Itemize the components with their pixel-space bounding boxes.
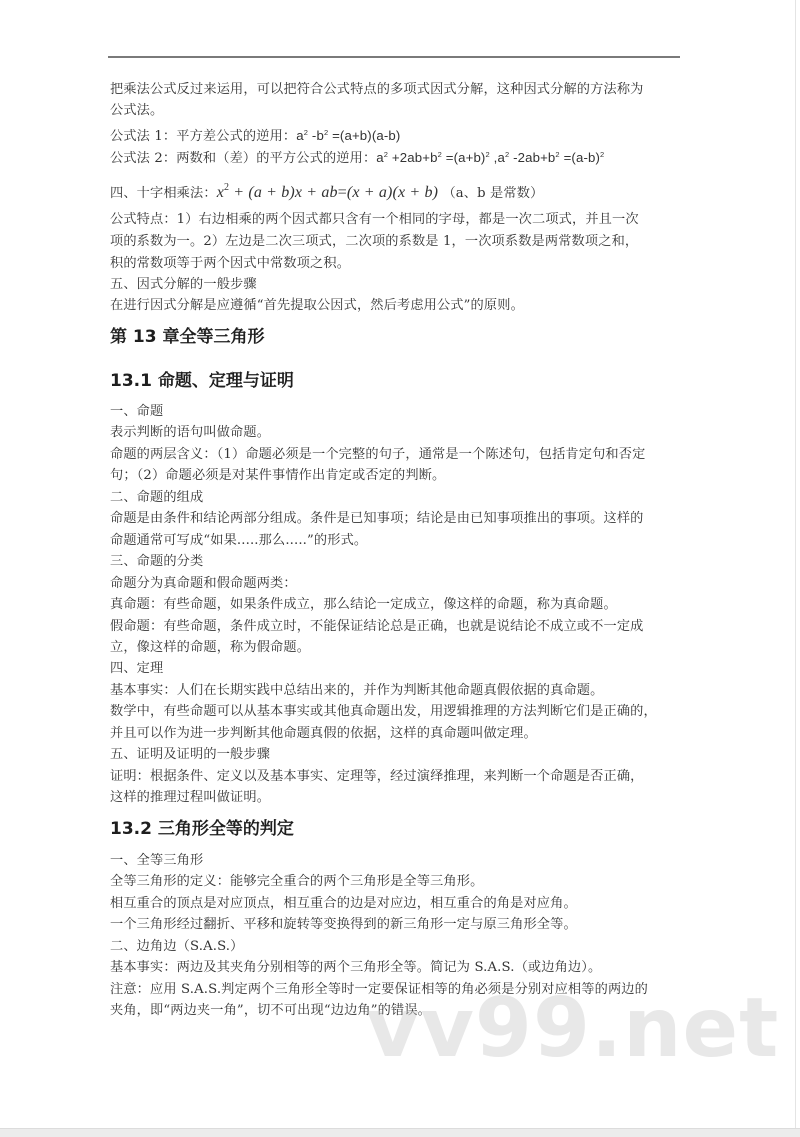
paragraph-line: 数学中，有些命题可以从基本事实或其他真命题出发，用逻辑推理的方法判断它们是正确的… (110, 703, 657, 721)
subheading: 一、命题 (110, 403, 163, 421)
header-rule (108, 56, 680, 58)
paragraph-line: 命题分为真命题和假命题两类： (110, 575, 297, 593)
formula-text: a2 +2ab+b2 =(a+b)2 ,a2 -2ab+b2 =(a-b)2 (376, 150, 604, 165)
paragraph-line: 夹角，即“两边夹一角”，切不可出现“边边角”的错误。 (110, 1002, 431, 1020)
subheading: 三、命题的分类 (110, 553, 203, 571)
formula-line-1: 公式法 1：平方差公式的逆用：a2 -b2 =(a+b)(a-b) (110, 124, 400, 146)
paragraph-line: 命题的两层含义：（1）命题必须是一个完整的句子，通常是一个陈述句，包括肯定句和否… (110, 446, 645, 464)
paragraph-line: 命题是由条件和结论两部分组成。条件是已知事项；结论是由已知事项推出的事项。这样的 (110, 510, 644, 528)
paragraph-line: 积的常数项等于两个因式中常数项之积。 (110, 255, 350, 273)
paragraph-line: 句；（2）命题必须是对某件事情作出肯定或否定的判断。 (110, 467, 445, 485)
subheading: 五、证明及证明的一般步骤 (110, 746, 270, 764)
cross-formula: x2 + (a + b)x + ab=(x + a)(x + b) (217, 184, 438, 201)
paragraph-line: 项的系数为一。2）左边是二次三项式，二次项的系数是 1，一次项系数是两常数项之和… (110, 233, 638, 251)
formula-label: 公式法 2：两数和（差）的平方公式的逆用： (110, 151, 376, 166)
section-title-13-1: 13.1 命题、定理与证明 (110, 370, 294, 392)
page-bottom-edge (0, 1128, 800, 1137)
paragraph-line: 立，像这样的命题，称为假命题。 (110, 639, 310, 657)
formula-label: 公式法 1：平方差公式的逆用： (110, 129, 296, 144)
subheading: 四、定理 (110, 660, 163, 678)
cross-label: 四、十字相乘法： (110, 186, 217, 201)
section-title-13-2: 13.2 三角形全等的判定 (110, 818, 294, 840)
formula-line-2: 公式法 2：两数和（差）的平方公式的逆用：a2 +2ab+b2 =(a+b)2 … (110, 146, 604, 168)
subheading: 二、边角边（S.A.S.） (110, 938, 244, 956)
paragraph-line: 真命题：有些命题，如果条件成立，那么结论一定成立，像这样的命题，称为真命题。 (110, 596, 617, 614)
paragraph-line: 公式特点：1）右边相乘的两个因式都只含有一个相同的字母，都是一次二项式，并且一次 (110, 211, 639, 229)
cross-multiplication-line: 四、十字相乘法：x2 + (a + b)x + ab=(x + a)(x + b… (110, 177, 543, 205)
paragraph-line: 基本事实：人们在长期实践中总结出来的，并作为判断其他命题真假依据的真命题。 (110, 682, 603, 700)
document-page: 把乘法公式反过来运用，可以把符合公式特点的多项式因式分解，这种因式分解的方法称为… (0, 0, 796, 1128)
formula-text: a2 -b2 =(a+b)(a-b) (296, 128, 400, 143)
cross-note: （a、b 是常数） (442, 186, 543, 201)
paragraph-line: 假命题：有些命题，条件成立时，不能保证结论总是正确，也就是说结论不成立或不一定成 (110, 618, 644, 636)
paragraph-line: 基本事实：两边及其夹角分别相等的两个三角形全等。简记为 S.A.S.（或边角边）… (110, 959, 601, 977)
subheading: 一、全等三角形 (110, 852, 203, 870)
paragraph-line: 表示判断的语句叫做命题。 (110, 424, 270, 442)
paragraph-line: 把乘法公式反过来运用，可以把符合公式特点的多项式因式分解，这种因式分解的方法称为 (110, 81, 644, 99)
paragraph-line: 并且可以作为进一步判断其他命题真假的依据，这样的真命题叫做定理。 (110, 725, 537, 743)
subheading: 五、因式分解的一般步骤 (110, 276, 257, 294)
paragraph-line: 注意：应用 S.A.S.判定两个三角形全等时一定要保证相等的角必须是分别对应相等… (110, 981, 648, 999)
subheading: 二、命题的组成 (110, 489, 203, 507)
paragraph-line: 相互重合的顶点是对应顶点，相互重合的边是对应边，相互重合的角是对应角。 (110, 895, 577, 913)
paragraph-line: 一个三角形经过翻折、平移和旋转等变换得到的新三角形一定与原三角形全等。 (110, 916, 577, 934)
paragraph-line: 公式法。 (110, 102, 163, 120)
paragraph-line: 证明：根据条件、定义以及基本事实、定理等，经过演绎推理，来判断一个命题是否正确， (110, 768, 644, 786)
paragraph-line: 命题通常可写成“如果.....那么.....”的形式。 (110, 532, 367, 550)
paragraph-line: 在进行因式分解是应遵循“首先提取公因式，然后考虑用公式”的原则。 (110, 297, 524, 315)
paragraph-line: 这样的推理过程叫做证明。 (110, 789, 270, 807)
chapter-title: 第 13 章全等三角形 (110, 326, 265, 348)
paragraph-line: 全等三角形的定义：能够完全重合的两个三角形是全等三角形。 (110, 873, 483, 891)
